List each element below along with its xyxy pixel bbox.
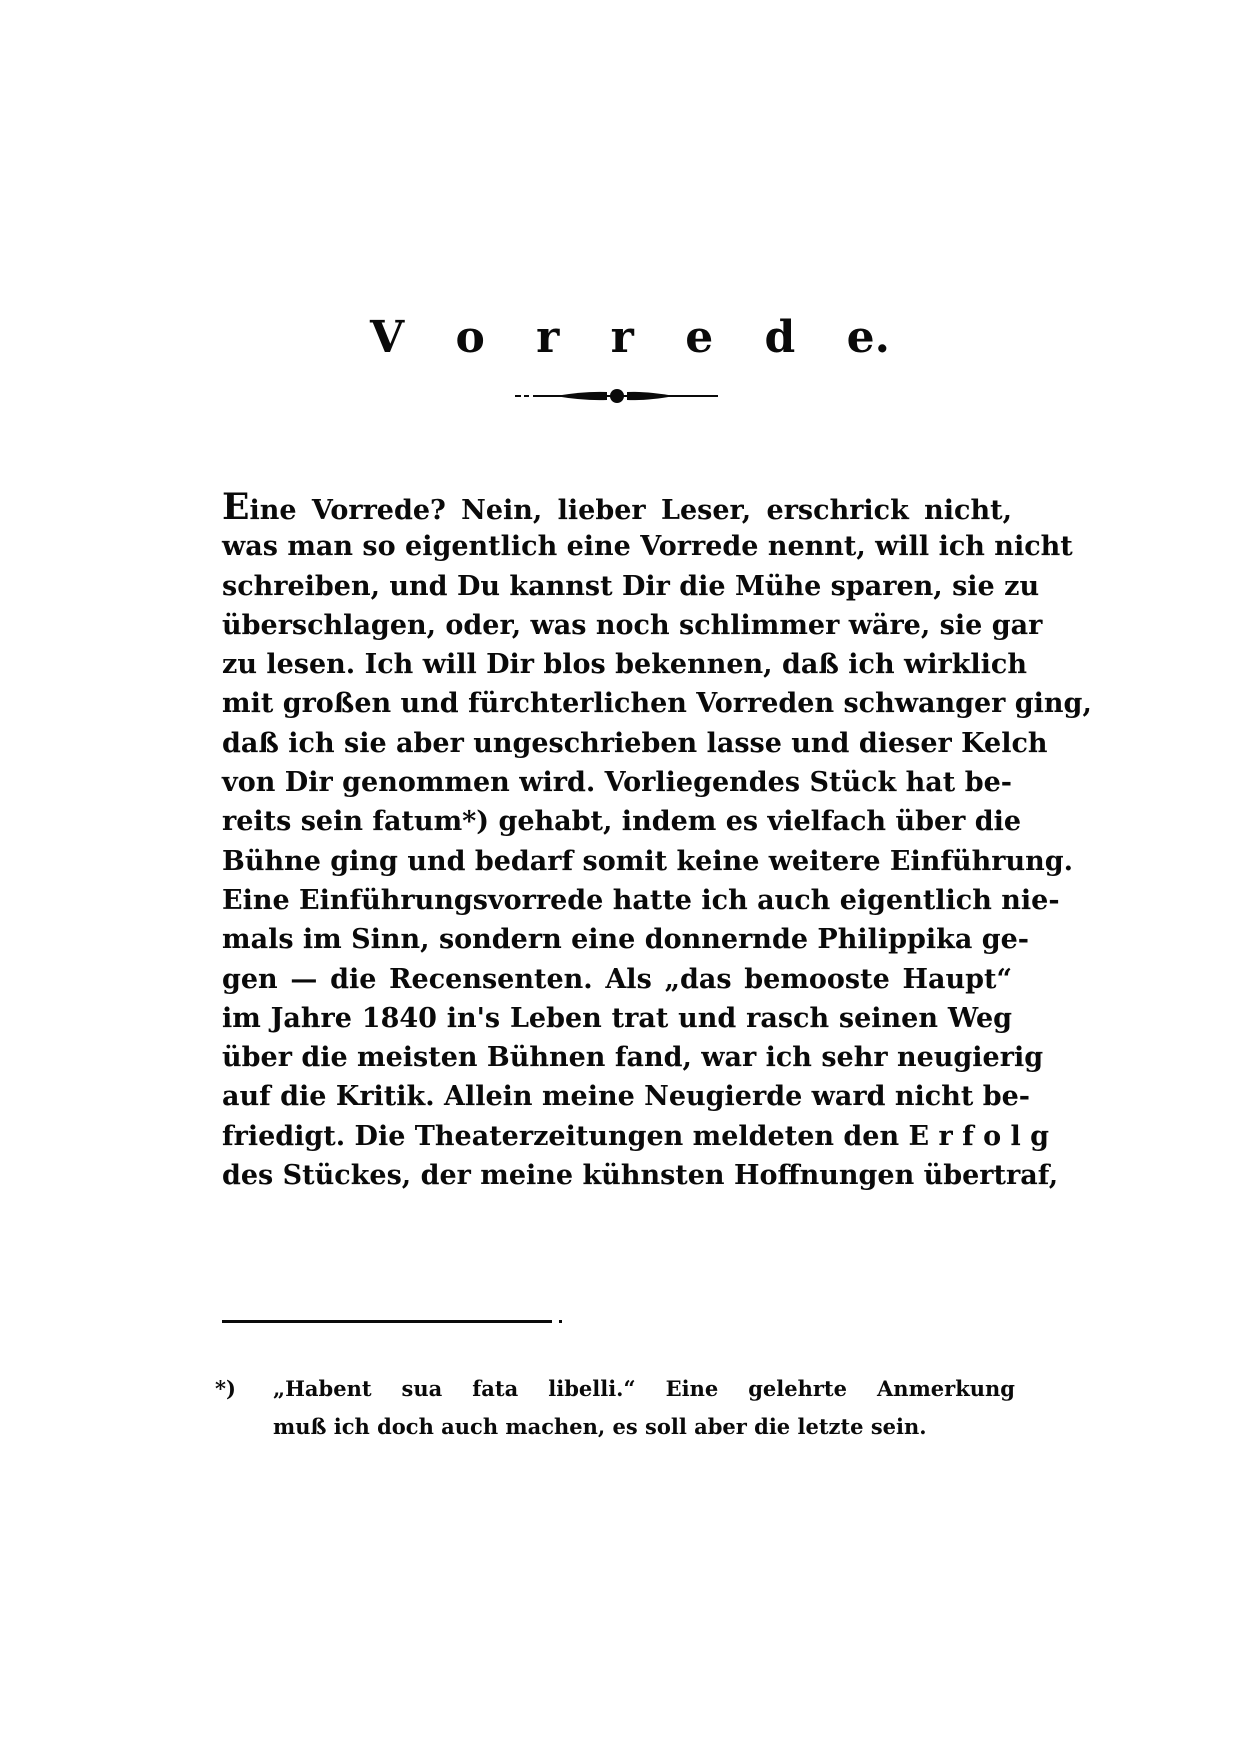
footnote-divider	[222, 1320, 552, 1323]
ornament-rule-icon	[515, 388, 725, 404]
text-line: Bühne ging und bedarf somit keine weiter…	[222, 842, 1012, 881]
title-letter: e.	[847, 312, 890, 363]
title-letter: o	[455, 312, 484, 363]
text-line: Eine Einführungsvorrede hatte ich auch e…	[222, 881, 1012, 920]
preface-body: Eine Vorrede? Nein, lieber Leser, erschr…	[222, 488, 1012, 1195]
text-line: von Dir genommen wird. Vorliegendes Stüc…	[222, 763, 1012, 802]
footnote: *)„Habent sua fata libelli.“ Eine gelehr…	[215, 1370, 1015, 1446]
text-line: im Jahre 1840 in's Leben trat und rasch …	[222, 999, 1012, 1038]
text-line: Eine Vorrede? Nein, lieber Leser, erschr…	[222, 488, 1012, 527]
text-line: daß ich sie aber ungeschrieben lasse und…	[222, 724, 1012, 763]
text-line: zu lesen. Ich will Dir blos bekennen, da…	[222, 645, 1012, 684]
title-letter: d	[765, 312, 796, 363]
text-line: schreiben, und Du kannst Dir die Mühe sp…	[222, 567, 1012, 606]
title-letter: r	[536, 312, 559, 363]
text-line: mals im Sinn, sondern eine donnernde Phi…	[222, 920, 1012, 959]
book-page: V o r r e d e. Eine Vorrede? Nein, liebe…	[0, 0, 1241, 1754]
text-line: reits sein fatum*) gehabt, indem es viel…	[222, 802, 1012, 841]
text-line: was man so eigentlich eine Vorrede nennt…	[222, 527, 1012, 566]
title-letter: e	[685, 312, 713, 363]
text-line: friedigt. Die Theaterzeitungen meldeten …	[222, 1117, 1012, 1156]
text-line: gen — die Recensenten. Als „das bemooste…	[222, 960, 1012, 999]
page-title: V o r r e d e.	[370, 312, 890, 363]
text-line: über die meisten Bühnen fand, war ich se…	[222, 1038, 1012, 1077]
drop-cap: E	[222, 486, 249, 528]
text-line: auf die Kritik. Allein meine Neugierde w…	[222, 1077, 1012, 1116]
text-line: des Stückes, der meine kühnsten Hoffnung…	[222, 1156, 1012, 1195]
footnote-line: *)„Habent sua fata libelli.“ Eine gelehr…	[215, 1370, 1015, 1408]
text-line: überschlagen, oder, was noch schlimmer w…	[222, 606, 1012, 645]
footnote-marker: *)	[215, 1370, 273, 1408]
title-letter: V	[370, 312, 404, 363]
footnote-line: muß ich doch auch machen, es soll aber d…	[215, 1408, 1015, 1446]
text-line: mit großen und fürchterlichen Vorreden s…	[222, 684, 1012, 723]
title-letter: r	[611, 312, 634, 363]
